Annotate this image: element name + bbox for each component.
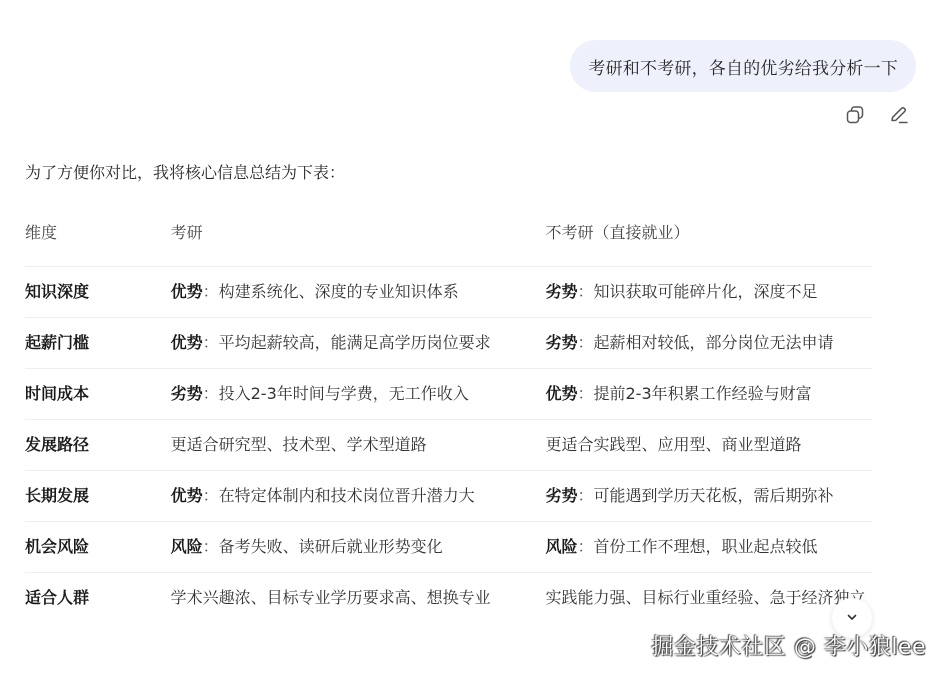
pro-con-tag: 风险	[171, 537, 203, 556]
row-dimension: 起薪门槛	[25, 318, 171, 369]
row-kaoyan-cell: 优势：在特定体制内和技术岗位晋升潜力大	[171, 471, 546, 522]
row-no-kaoyan-cell: 风险：首份工作不理想，职业起点较低	[545, 522, 872, 573]
edit-pencil-icon[interactable]	[888, 104, 910, 126]
cell-text: 可能遇到学历天花板，需后期弥补	[593, 486, 833, 505]
copy-icon[interactable]	[844, 104, 866, 126]
chat-page: 考研和不考研，各自的优劣给我分析一下 为了方便你对比，我将核心信息总结为下表： …	[0, 0, 944, 682]
row-dimension: 发展路径	[25, 420, 171, 471]
table-row: 时间成本 劣势：投入2-3年时间与学费，无工作收入 优势：提前2-3年积累工作经…	[25, 369, 872, 420]
cell-text: 提前2-3年积累工作经验与财富	[593, 384, 811, 403]
cell-text: 在特定体制内和技术岗位晋升潜力大	[219, 486, 475, 505]
row-dimension: 知识深度	[25, 267, 171, 318]
row-dimension: 时间成本	[25, 369, 171, 420]
cell-text: 更适合研究型、技术型、学术型道路	[171, 435, 427, 454]
row-dimension: 适合人群	[25, 573, 171, 624]
cell-text: 知识获取可能碎片化，深度不足	[593, 282, 817, 301]
row-no-kaoyan-cell: 劣势：知识获取可能碎片化，深度不足	[545, 267, 872, 318]
row-kaoyan-cell: 劣势：投入2-3年时间与学费，无工作收入	[171, 369, 546, 420]
cell-text: 构建系统化、深度的专业知识体系	[219, 282, 459, 301]
cell-text: 投入2-3年时间与学费，无工作收入	[219, 384, 469, 403]
row-no-kaoyan-cell: 劣势：可能遇到学历天花板，需后期弥补	[545, 471, 872, 522]
cell-text: 起薪相对较低，部分岗位无法申请	[593, 333, 833, 352]
row-no-kaoyan-cell: 更适合实践型、应用型、商业型道路	[545, 420, 872, 471]
cell-text: 更适合实践型、应用型、商业型道路	[545, 435, 801, 454]
row-kaoyan-cell: 优势：平均起薪较高，能满足高学历岗位要求	[171, 318, 546, 369]
table-header-row: 维度 考研 不考研（直接就业）	[25, 210, 872, 267]
row-dimension: 机会风险	[25, 522, 171, 573]
row-kaoyan-cell: 风险：备考失败、读研后就业形势变化	[171, 522, 546, 573]
pro-con-tag: 劣势	[171, 384, 203, 403]
pro-con-tag: 优势	[545, 384, 577, 403]
cell-text: 平均起薪较高，能满足高学历岗位要求	[219, 333, 491, 352]
pro-con-tag: 劣势	[545, 486, 577, 505]
table-row: 起薪门槛 优势：平均起薪较高，能满足高学历岗位要求 劣势：起薪相对较低，部分岗位…	[25, 318, 872, 369]
pro-con-tag: 劣势	[545, 282, 577, 301]
user-message-text: 考研和不考研，各自的优劣给我分析一下	[588, 54, 898, 79]
cell-text: 实践能力强、目标行业重经验、急于经济独立	[545, 588, 865, 607]
pro-con-tag: 劣势	[545, 333, 577, 352]
row-kaoyan-cell: 更适合研究型、技术型、学术型道路	[171, 420, 546, 471]
row-no-kaoyan-cell: 优势：提前2-3年积累工作经验与财富	[545, 369, 872, 420]
table-row: 适合人群 学术兴趣浓、目标专业学历要求高、想换专业 实践能力强、目标行业重经验、…	[25, 573, 872, 624]
table-row: 长期发展 优势：在特定体制内和技术岗位晋升潜力大 劣势：可能遇到学历天花板，需后…	[25, 471, 872, 522]
header-dimension: 维度	[25, 210, 171, 267]
row-kaoyan-cell: 优势：构建系统化、深度的专业知识体系	[171, 267, 546, 318]
assistant-intro: 为了方便你对比，我将核心信息总结为下表：	[25, 160, 345, 186]
row-no-kaoyan-cell: 劣势：起薪相对较低，部分岗位无法申请	[545, 318, 872, 369]
row-no-kaoyan-cell: 实践能力强、目标行业重经验、急于经济独立	[545, 573, 872, 624]
watermark: 掘金技术社区 @ 李小狼lee	[651, 630, 926, 661]
cell-text: 学术兴趣浓、目标专业学历要求高、想换专业	[171, 588, 491, 607]
pro-con-tag: 优势	[171, 333, 203, 352]
message-actions	[844, 104, 910, 126]
row-dimension: 长期发展	[25, 471, 171, 522]
chevron-down-icon	[845, 609, 859, 628]
pro-con-tag: 优势	[171, 486, 203, 505]
user-message-bubble: 考研和不考研，各自的优劣给我分析一下	[570, 40, 916, 92]
table-row: 发展路径 更适合研究型、技术型、学术型道路 更适合实践型、应用型、商业型道路	[25, 420, 872, 471]
header-no-kaoyan: 不考研（直接就业）	[545, 210, 872, 267]
comparison-table: 维度 考研 不考研（直接就业） 知识深度 优势：构建系统化、深度的专业知识体系 …	[25, 210, 872, 623]
cell-text: 首份工作不理想，职业起点较低	[593, 537, 817, 556]
table-row: 知识深度 优势：构建系统化、深度的专业知识体系 劣势：知识获取可能碎片化，深度不…	[25, 267, 872, 318]
pro-con-tag: 优势	[171, 282, 203, 301]
pro-con-tag: 风险	[545, 537, 577, 556]
table-row: 机会风险 风险：备考失败、读研后就业形势变化 风险：首份工作不理想，职业起点较低	[25, 522, 872, 573]
cell-text: 备考失败、读研后就业形势变化	[219, 537, 443, 556]
row-kaoyan-cell: 学术兴趣浓、目标专业学历要求高、想换专业	[171, 573, 546, 624]
header-kaoyan: 考研	[171, 210, 546, 267]
